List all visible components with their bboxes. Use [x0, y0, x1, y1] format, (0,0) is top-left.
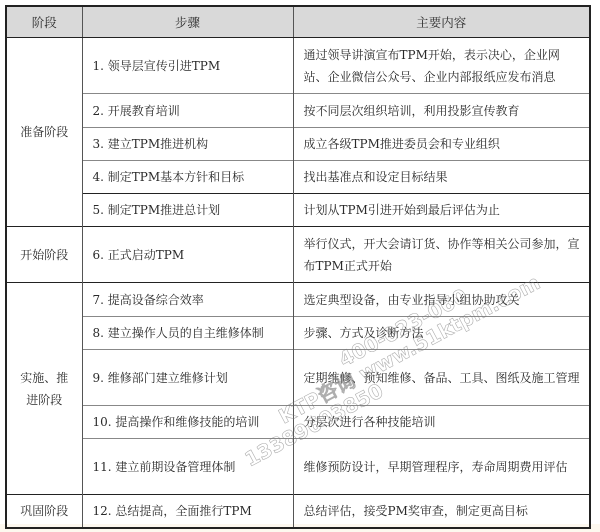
step-cell: 6. 正式启动TPM	[82, 227, 293, 283]
step-cell: 7. 提高设备综合效率	[82, 283, 293, 317]
content-cell: 计划从TPM引进开始到最后评估为止	[293, 194, 590, 227]
header-content: 主要内容	[293, 6, 590, 38]
table-row: 巩固阶段 12. 总结提高，全面推行TPM 总结评估，接受PM奖审查，制定更高目…	[6, 495, 590, 528]
stage-cell-consolidate: 巩固阶段	[6, 495, 82, 528]
table-row: 4. 制定TPM基本方针和目标 找出基准点和设定目标结果	[6, 161, 590, 194]
step-cell: 8. 建立操作人员的自主维修体制	[82, 317, 293, 350]
table-row: 开始阶段 6. 正式启动TPM 举行仪式，开大会请订货、协作等相关公司参加，宣布…	[6, 227, 590, 283]
stage-cell-start: 开始阶段	[6, 227, 82, 283]
content-cell: 按不同层次组织培训，利用投影宣传教育	[293, 94, 590, 128]
table-row: 2. 开展教育培训 按不同层次组织培训，利用投影宣传教育	[6, 94, 590, 128]
table-row: 11. 建立前期设备管理体制 维修预防设计，早期管理程序，寿命周期费用评估	[6, 439, 590, 495]
stage-cell-prepare: 准备阶段	[6, 38, 82, 227]
step-cell: 9. 维修部门建立维修计划	[82, 350, 293, 406]
table-row: 10. 提高操作和维修技能的培训 分层次进行各种技能培训	[6, 406, 590, 439]
step-cell: 12. 总结提高，全面推行TPM	[82, 495, 293, 528]
header-step: 步骤	[82, 6, 293, 38]
content-cell: 举行仪式，开大会请订货、协作等相关公司参加，宣布TPM正式开始	[293, 227, 590, 283]
stage-cell-implement: 实施、推进阶段	[6, 283, 82, 495]
content-cell: 成立各级TPM推进委员会和专业组织	[293, 128, 590, 161]
content-cell: 找出基准点和设定目标结果	[293, 161, 590, 194]
tpm-steps-table: 阶段 步骤 主要内容 准备阶段 1. 领导层宣传引进TPM 通过领导讲演宣布TP…	[5, 5, 591, 529]
step-cell: 1. 领导层宣传引进TPM	[82, 38, 293, 94]
step-cell: 10. 提高操作和维修技能的培训	[82, 406, 293, 439]
table-row: 9. 维修部门建立维修计划 定期维修、预知维修、备品、工具、图纸及施工管理	[6, 350, 590, 406]
table-row: 准备阶段 1. 领导层宣传引进TPM 通过领导讲演宣布TPM开始，表示决心，企业…	[6, 38, 590, 94]
content-cell: 选定典型设备，由专业指导小组协助攻关	[293, 283, 590, 317]
content-cell: 维修预防设计，早期管理程序，寿命周期费用评估	[293, 439, 590, 495]
table-row: 8. 建立操作人员的自主维修体制 步骤、方式及诊断方法	[6, 317, 590, 350]
content-cell: 步骤、方式及诊断方法	[293, 317, 590, 350]
content-cell: 通过领导讲演宣布TPM开始，表示决心，企业网站、企业微信公众号、企业内部报纸应发…	[293, 38, 590, 94]
step-cell: 11. 建立前期设备管理体制	[82, 439, 293, 495]
table-row: 实施、推进阶段 7. 提高设备综合效率 选定典型设备，由专业指导小组协助攻关	[6, 283, 590, 317]
table-row: 3. 建立TPM推进机构 成立各级TPM推进委员会和专业组织	[6, 128, 590, 161]
step-cell: 3. 建立TPM推进机构	[82, 128, 293, 161]
header-stage: 阶段	[6, 6, 82, 38]
table-header-row: 阶段 步骤 主要内容	[6, 6, 590, 38]
step-cell: 4. 制定TPM基本方针和目标	[82, 161, 293, 194]
content-cell: 定期维修、预知维修、备品、工具、图纸及施工管理	[293, 350, 590, 406]
step-cell: 2. 开展教育培训	[82, 94, 293, 128]
table-row: 5. 制定TPM推进总计划 计划从TPM引进开始到最后评估为止	[6, 194, 590, 227]
step-cell: 5. 制定TPM推进总计划	[82, 194, 293, 227]
content-cell: 总结评估，接受PM奖审查，制定更高目标	[293, 495, 590, 528]
content-cell: 分层次进行各种技能培训	[293, 406, 590, 439]
